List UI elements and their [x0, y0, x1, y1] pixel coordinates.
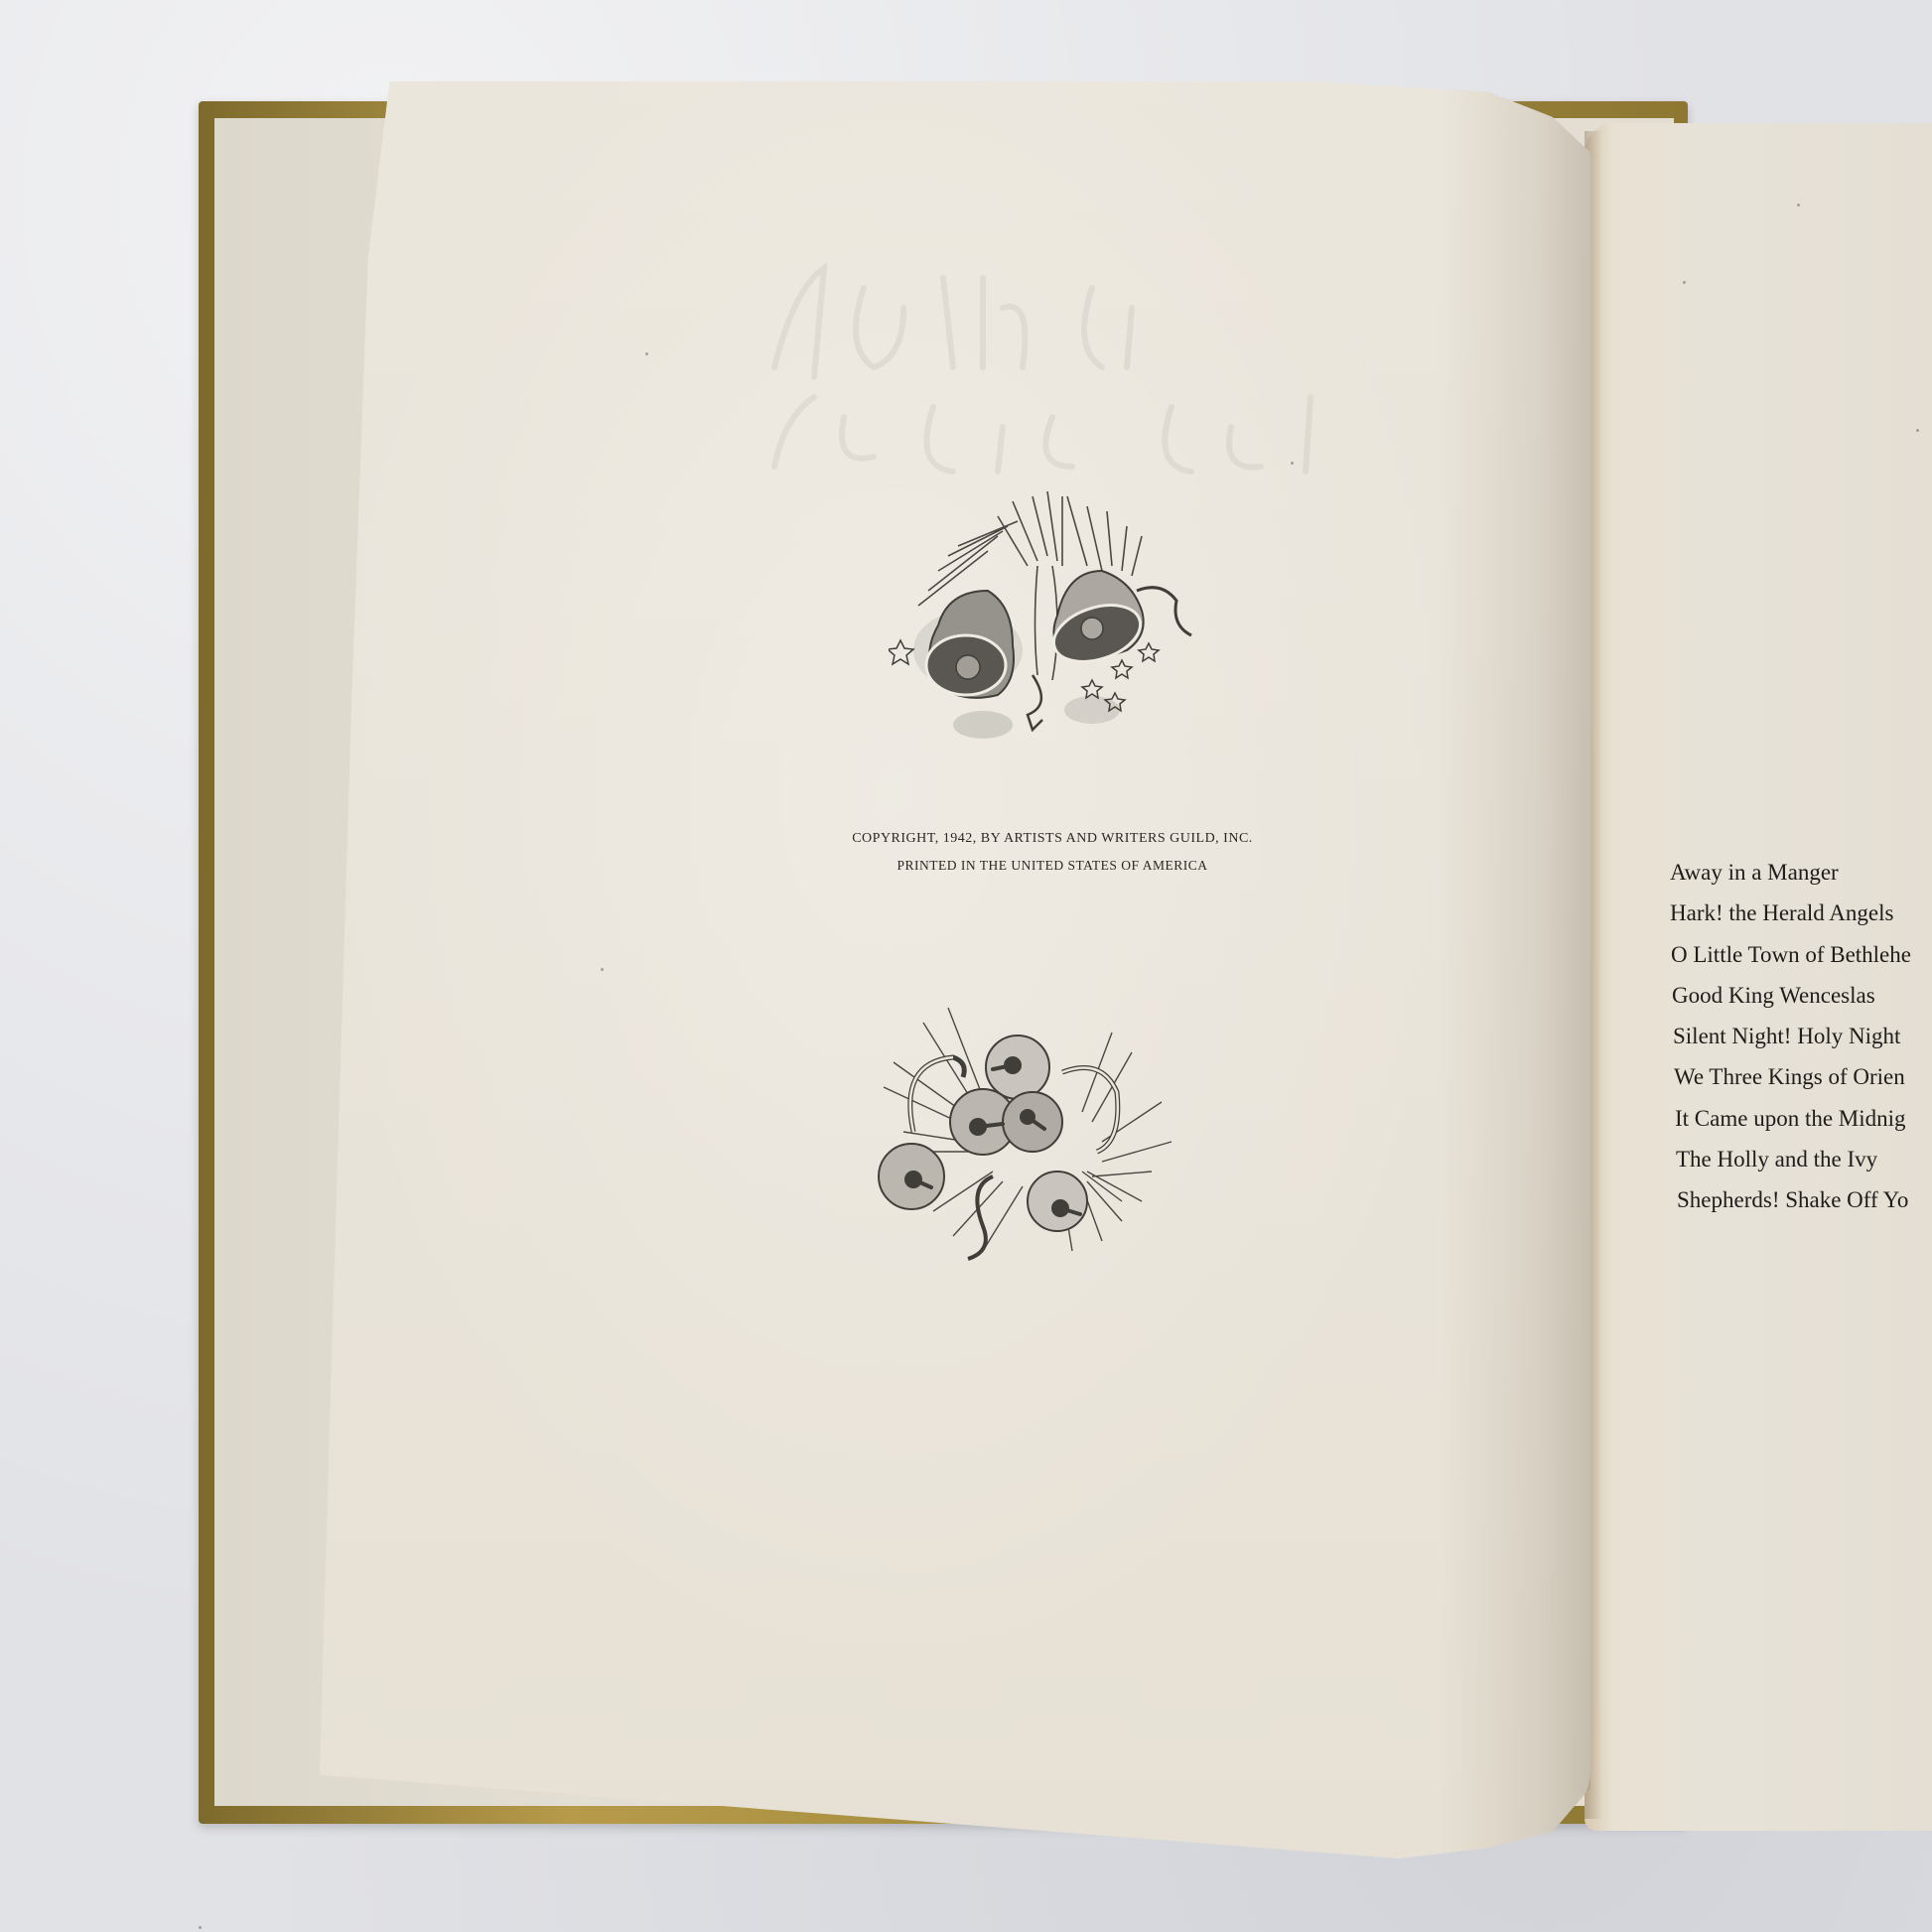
christmas-bells-illustration	[889, 477, 1216, 745]
photo-scene: Away in a Manger Hark! the Herald Angels…	[0, 0, 1932, 1932]
song-title: It Came upon the Midnig	[1670, 1098, 1932, 1139]
song-title: Away in a Manger	[1670, 852, 1932, 893]
copyright-notice: COPYRIGHT, 1942, BY ARTISTS AND WRITERS …	[755, 826, 1350, 877]
sleigh-bells-illustration	[874, 1003, 1201, 1286]
song-title: O Little Town of Bethlehe	[1670, 934, 1932, 975]
song-title: We Three Kings of Orien	[1670, 1056, 1932, 1097]
song-title: Shepherds! Shake Off Yo	[1670, 1179, 1932, 1220]
song-list: Away in a Manger Hark! the Herald Angels…	[1670, 852, 1932, 1221]
printed-in-line: PRINTED IN THE UNITED STATES OF AMERICA	[755, 855, 1350, 877]
paper-speck	[199, 1926, 202, 1929]
song-title: The Holly and the Ivy	[1670, 1139, 1932, 1179]
paper-speck	[645, 352, 648, 355]
paper-speck	[1916, 429, 1919, 432]
paper-speck	[601, 968, 604, 971]
song-title: Silent Night! Holy Night	[1670, 1016, 1932, 1056]
copyright-line: COPYRIGHT, 1942, BY ARTISTS AND WRITERS …	[755, 826, 1350, 852]
song-title: Hark! the Herald Angels	[1670, 893, 1932, 933]
paper-speck	[1797, 204, 1800, 207]
paper-speck	[1683, 281, 1686, 284]
paper-speck	[1291, 462, 1294, 465]
show-through-lettering	[755, 248, 1370, 477]
song-title: Good King Wenceslas	[1670, 975, 1932, 1016]
